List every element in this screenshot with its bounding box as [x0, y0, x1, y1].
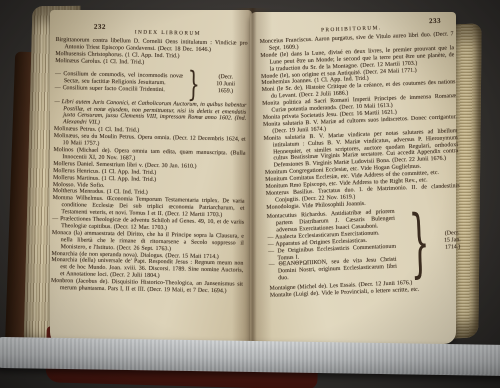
brace-icon: }: [187, 67, 200, 101]
right-entries-top: Monceius Franciscus. Aaron purgatus, siv…: [260, 31, 461, 211]
brace-date-line: 1659.): [204, 88, 246, 96]
index-entry: — ΘΕΑΝΘΡΩΠΙΚΟΝ, seu de vita Jesu Christi…: [269, 257, 398, 283]
index-entry: — Consilium super facto Concilii Trident…: [55, 85, 183, 94]
left-brace-date: (Decr. 10 Junii 1659.): [204, 74, 247, 96]
right-brace-group: Montacutius Richardus. Antidiatribæ ad p…: [267, 204, 464, 286]
right-page-content: PROHIBITORUM. 233 Monceius Franciscus. A…: [259, 16, 464, 299]
right-page-number: 233: [429, 17, 441, 25]
left-braced-entries: — Consilium de commodis, vel incommodis …: [55, 71, 183, 94]
brace-date-line: 15 Jan. 1714.): [443, 237, 462, 252]
book-photo: 232 INDEX LIBRORUM Birgittanorum contra …: [0, 0, 500, 388]
left-running-header: INDEX LIBRORUM: [135, 30, 201, 37]
left-entries-top: Birgittanorum contra libellum D. Corneli…: [55, 37, 247, 68]
left-brace-group: — Consilium de commodis, vel incommodis …: [55, 65, 248, 103]
left-page-content: 232 INDEX LIBRORUM Birgittanorum contra …: [51, 22, 248, 296]
right-brace-date: (Decr. 15 Jan. 1714.): [443, 230, 463, 252]
index-entry: — Libri autem Juris Canonici, et Catholi…: [54, 99, 246, 130]
right-running-header: PROHIBITORUM.: [321, 25, 382, 33]
brace-icon: }: [408, 205, 431, 280]
left-page-number: 232: [94, 23, 106, 31]
right-braced-entries: Montacutius Richardus. Antidiatribæ ad p…: [267, 209, 398, 283]
left-entries-bottom: Molinæus Petrus. (1 Cl. Ind. Trid.)Molin…: [51, 126, 246, 295]
